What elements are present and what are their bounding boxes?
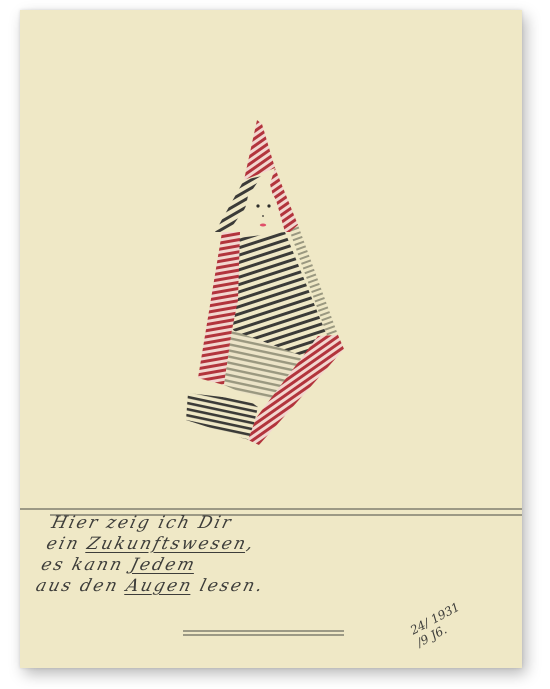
inscription-line-4: aus den Augen lesen. <box>34 576 419 597</box>
inscription-line-1: Hier zeig ich Dir <box>49 513 434 534</box>
right-eye-icon <box>267 204 270 207</box>
left-eye-icon <box>256 204 259 207</box>
bottom-black-stripes <box>186 393 258 440</box>
lips-icon <box>260 224 266 227</box>
handwritten-inscription: Hier zeig ich Dir ein Zukunftswesen, es … <box>34 513 435 597</box>
hat-red-stripes <box>244 120 275 180</box>
inscription-line-2: ein Zukunftswesen, <box>44 534 429 555</box>
inscription-line-3: es kann Jedem <box>39 555 424 576</box>
